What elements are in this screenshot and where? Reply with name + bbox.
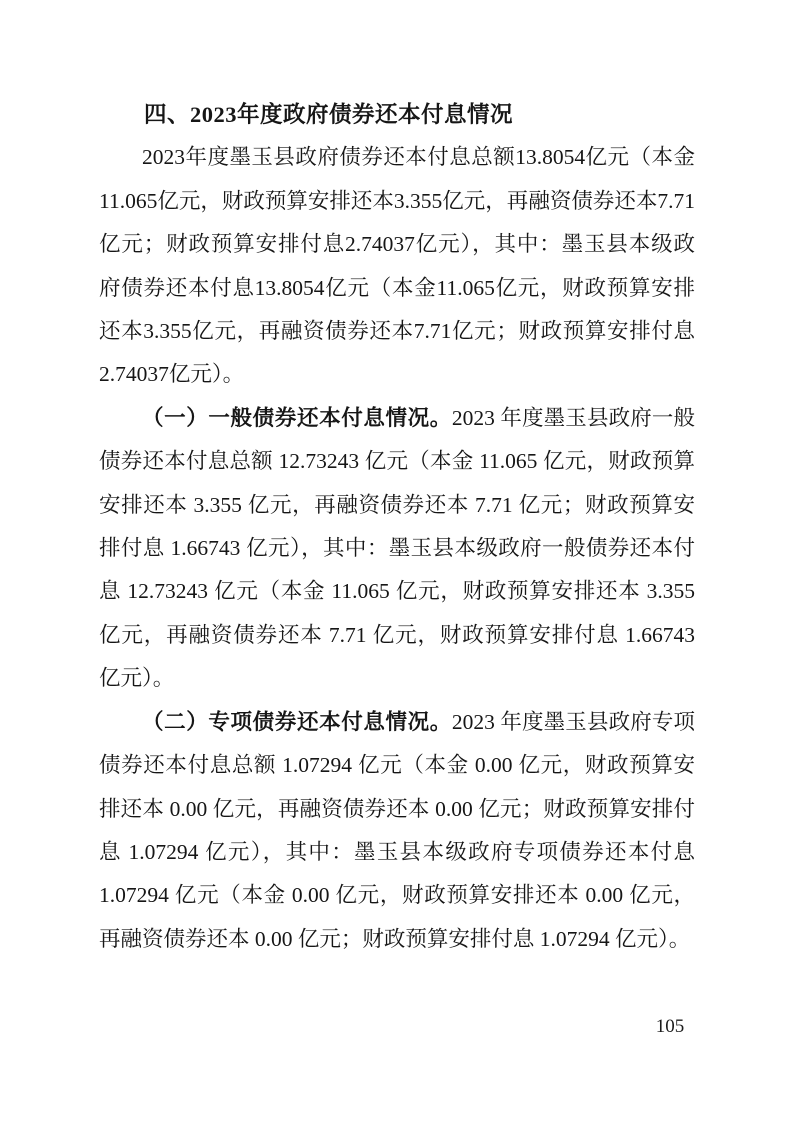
section-heading: 四、2023年度政府债券还本付息情况 [99,93,695,136]
paragraph-bold-lead: （二）专项债券还本付息情况。 [142,710,452,734]
paragraph: （一）一般债券还本付息情况。2023 年度墨玉县政府一般债券还本付息总额 12.… [99,397,695,701]
paragraph: （二）专项债券还本付息情况。2023 年度墨玉县政府专项债券还本付息总额 1.0… [99,701,695,961]
page-number: 105 [630,1014,710,1040]
body-paragraphs: 2023年度墨玉县政府债券还本付息总额13.8054亿元（本金11.065亿元，… [99,136,695,961]
document-page: 四、2023年度政府债券还本付息情况 2023年度墨玉县政府债券还本付息总额13… [0,0,793,1122]
paragraph-bold-lead: （一）一般债券还本付息情况。 [142,406,452,430]
paragraph: 2023年度墨玉县政府债券还本付息总额13.8054亿元（本金11.065亿元，… [99,136,695,396]
